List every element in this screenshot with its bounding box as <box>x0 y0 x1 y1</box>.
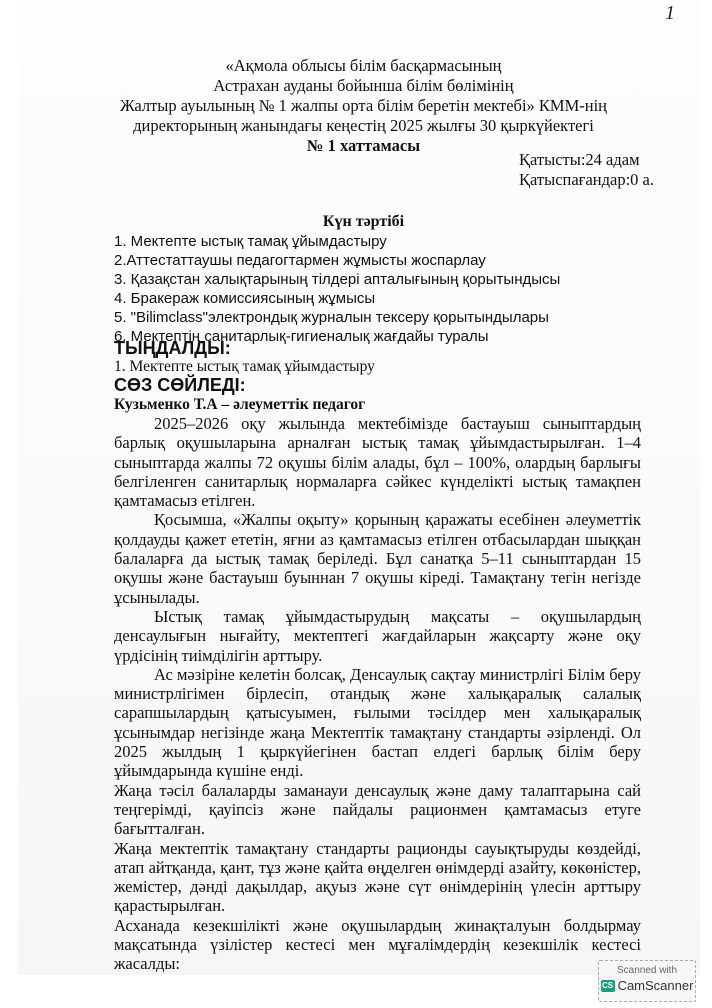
camscanner-watermark: Scanned with CS CamScanner <box>598 960 696 1002</box>
paragraph: Ыстық тамақ ұйымдастырудың мақсаты – оқу… <box>114 607 641 665</box>
attendance-block: Қатысты:24 адам Қатыспағандар:0 а. <box>519 150 654 190</box>
agenda-list: 1. Мектепте ыстық тамақ ұйымдастыру 2.Ат… <box>114 232 560 346</box>
agenda-item: 3. Қазақстан халықтарының тілдері апталы… <box>114 270 560 289</box>
header-line: директорының жанындағы кеңестің 2025 жыл… <box>100 116 627 136</box>
paragraph: Жаңа мектептік тамақтану стандарты рацио… <box>114 839 641 916</box>
paragraph: Ас мәзіріне келетін болсақ, Денсаулық са… <box>114 665 641 781</box>
handwritten-page-number: 1 <box>665 2 675 25</box>
paragraph: 2025–2026 оқу жылында мектебімізде баста… <box>114 414 641 510</box>
document-header: «Ақмола облысы білім басқармасының Астра… <box>100 56 627 156</box>
watermark-caption: Scanned with <box>599 965 695 976</box>
listened-item: 1. Мектепте ыстық тамақ ұйымдастыру <box>114 358 641 376</box>
agenda-item: 4. Бракераж комиссиясының жұмысы <box>114 289 560 308</box>
speaker-name: Кузьменко Т.А – әлеуметтік педагог <box>114 396 641 414</box>
watermark-brand: CamScanner <box>618 978 694 993</box>
listened-heading: ТЫҢДАЛДЫ: <box>114 338 641 359</box>
attendance-absent: Қатыспағандар:0 а. <box>519 170 654 190</box>
paragraph: Қосымша, «Жалпы оқыту» қорының қаражаты … <box>114 510 641 606</box>
header-line: Астрахан ауданы бойынша білім бөлімінің <box>100 76 627 96</box>
agenda-title: Күн тәртібі <box>100 213 627 231</box>
paragraph: Жаңа тәсіл балаларды заманауи денсаулық … <box>114 781 641 839</box>
agenda-item: 2.Аттестаттаушы педагогтармен жұмысты жо… <box>114 251 560 270</box>
header-line: «Ақмола облысы білім басқармасының <box>100 56 627 76</box>
camscanner-logo-icon: CS <box>601 980 615 992</box>
spoke-heading: СӨЗ СӨЙЛЕДІ: <box>114 375 641 396</box>
header-line: Жалтыр ауылының № 1 жалпы орта білім бер… <box>100 96 627 116</box>
attendance-present: Қатысты:24 адам <box>519 150 654 170</box>
paragraph: Асханада кезекшілікті және оқушылардың ж… <box>114 916 641 974</box>
agenda-item: 5. "Bilimclass"электрондық журналын текс… <box>114 308 560 327</box>
speech-body: 2025–2026 оқу жылында мектебімізде баста… <box>114 414 641 974</box>
agenda-item: 1. Мектепте ыстық тамақ ұйымдастыру <box>114 232 560 251</box>
